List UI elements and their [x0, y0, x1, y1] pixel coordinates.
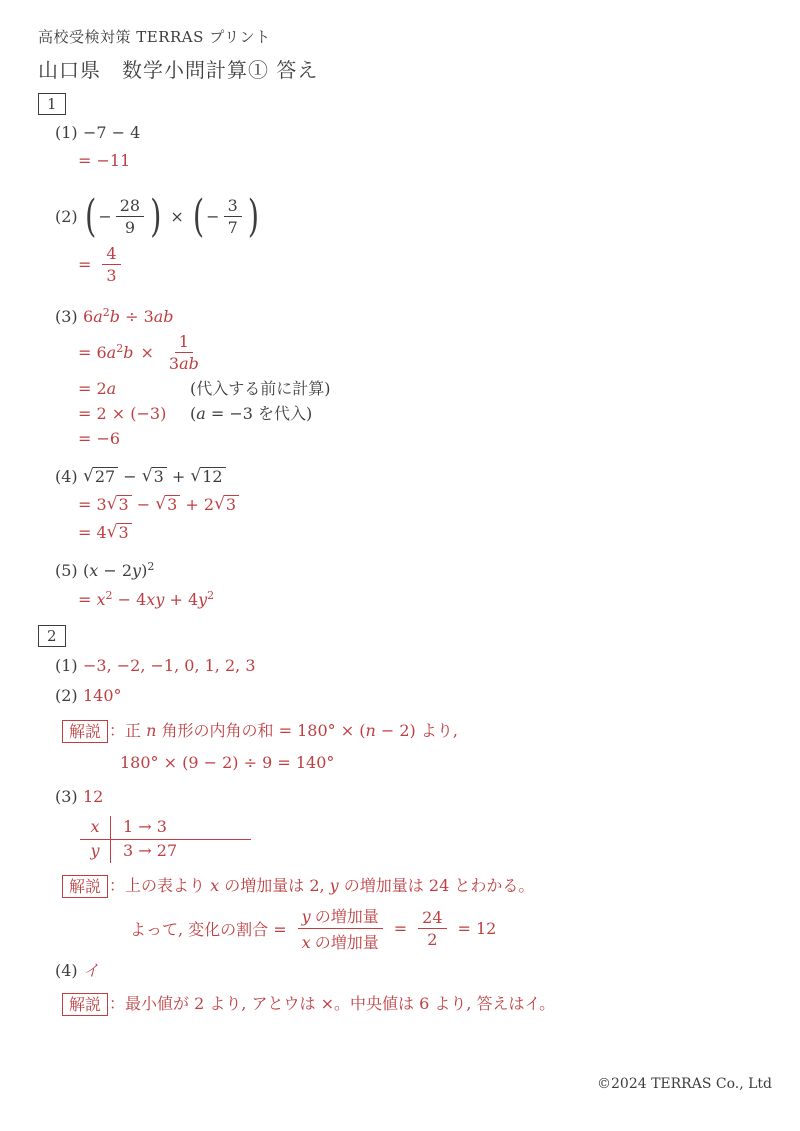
- worksheet-page: 高校受検対策 TERRAS プリント 山口県 数学小問計算① 答え 1 (1)−…: [0, 0, 800, 1131]
- row-values-y: 3 → 27: [110, 840, 251, 863]
- s1-q4-expression-line: (4)√27 − √3 + √12: [38, 466, 770, 488]
- equals-sign: =: [78, 255, 91, 274]
- fraction-3-7: 37: [224, 196, 242, 237]
- variable: ab: [154, 307, 174, 326]
- operator: −: [118, 467, 142, 486]
- table-row-y: y3 → 27: [80, 840, 770, 863]
- s1-q1-answer: = −11: [78, 151, 770, 172]
- fraction-increase: yの増加量xの増加量: [298, 904, 383, 953]
- variable: a: [93, 307, 103, 326]
- s1-q2-answer: = 43: [78, 242, 770, 288]
- s1-q4-step-1: = 3√3 − √3 + 2√3: [78, 494, 770, 516]
- s2-q2-line: (2)140°: [38, 686, 770, 707]
- variable: b: [110, 307, 120, 326]
- denominator: 2: [423, 929, 441, 949]
- denominator: 3: [102, 265, 120, 285]
- times-sign: ×: [140, 343, 153, 362]
- section-1: 1 (1)−7 − 4 = −11 (2) ( − 289 ) × ( − 37…: [38, 83, 770, 611]
- answer: イ: [83, 961, 99, 980]
- denominator: xの増加量: [298, 929, 383, 953]
- denominator: 3ab: [165, 353, 203, 373]
- q-label: (3): [55, 787, 83, 808]
- page-title: 山口県 数学小問計算① 答え: [38, 54, 770, 83]
- minus-sign: −: [206, 207, 219, 226]
- coefficient: 6: [83, 307, 93, 326]
- kaisetsu-text: ：正 n 角形の内角の和 = 180° × (n − 2) より,: [109, 720, 458, 742]
- row-header-y: y: [80, 840, 110, 863]
- answer: 140°: [83, 686, 122, 705]
- left-paren: (: [85, 195, 96, 239]
- s1-q3-step-2: = 2a(代入する前に計算): [78, 379, 770, 400]
- term: = 6a2b: [78, 342, 133, 362]
- numerator: 28: [116, 196, 144, 217]
- expression: 6a2b ÷ 3ab: [83, 307, 174, 326]
- q-label: (3): [55, 307, 83, 328]
- exponent: 2: [103, 306, 110, 319]
- sqrt-3: √3: [214, 495, 239, 514]
- annotation-note: (代入する前に計算): [190, 379, 331, 400]
- s1-q3-expression-line: (3)6a2b ÷ 3ab: [38, 306, 770, 328]
- fraction-4-3: 43: [102, 244, 120, 285]
- answer: −3, −2, −1, 0, 1, 2, 3: [83, 656, 256, 675]
- s1-q3-step-3: = 2 × (−3)(a = −3 を代入): [78, 404, 770, 425]
- numerator: 3: [224, 196, 242, 217]
- copyright-footer: ©2024 TERRAS Co., Ltd: [597, 1076, 772, 1092]
- right-paren: ): [150, 195, 161, 239]
- radical-sign: √: [83, 465, 94, 487]
- sqrt-3: √3: [155, 495, 180, 514]
- s2-q4-kaisetsu: 解説 ：最小値が 2 より, アとウは ×。中央値は 6 より, 答えはイ。: [62, 993, 770, 1016]
- numerator: 24: [418, 908, 446, 929]
- answer: 12: [83, 787, 103, 806]
- kaisetsu-box: 解説: [62, 720, 108, 743]
- row-values-x: 1 → 3: [110, 816, 251, 840]
- times-sign: ×: [170, 207, 183, 226]
- xy-increase-table: x1 → 3 y3 → 27: [80, 816, 770, 863]
- minus-sign: −: [98, 207, 111, 226]
- s2-q4-line: (4)イ: [38, 961, 770, 982]
- kaisetsu-box: 解説: [62, 993, 108, 1016]
- fraction-28-9: 289: [116, 196, 144, 237]
- section-2-number-box: 2: [38, 625, 66, 647]
- s1-q1-expression-line: (1)−7 − 4: [38, 123, 770, 144]
- q-label: (1): [55, 656, 83, 677]
- s1-q3-answer: = −6: [78, 429, 770, 450]
- kaisetsu-box: 解説: [62, 875, 108, 898]
- denominator: 9: [121, 217, 139, 237]
- sqrt-27: √27: [83, 467, 118, 486]
- result: = 12: [458, 919, 497, 938]
- numerator: 1: [175, 332, 193, 353]
- q-label: (4): [55, 961, 83, 982]
- table-row-x: x1 → 3: [80, 816, 770, 840]
- q-label: (1): [55, 123, 83, 144]
- section-1-number-box: 1: [38, 93, 66, 115]
- left-paren: (: [193, 195, 204, 239]
- kaisetsu-text: ：最小値が 2 より, アとウは ×。中央値は 6 より, 答えはイ。: [109, 993, 555, 1015]
- sqrt-3: √3: [107, 523, 132, 542]
- q-label: (2): [55, 207, 83, 226]
- s1-q5-answer: = x2 − 4xy + 4y2: [78, 589, 770, 611]
- fraction-1-3ab: 13ab: [165, 332, 203, 373]
- numerator: 4: [102, 244, 120, 265]
- s2-q2-kaisetsu: 解説 ：正 n 角形の内角の和 = 180° × (n − 2) より,: [62, 720, 770, 743]
- s2-q1-line: (1)−3, −2, −1, 0, 1, 2, 3: [38, 656, 770, 677]
- fraction-24-2: 242: [418, 908, 446, 949]
- s1-q3-step-1: = 6a2b × 13ab: [78, 329, 770, 375]
- q-label: (4): [55, 467, 83, 488]
- right-paren: ): [248, 195, 259, 239]
- s1-q5-expression-line: (5)(x − 2y)2: [38, 560, 770, 582]
- row-header-x: x: [80, 816, 110, 840]
- s1-q4-answer: = 4√3: [78, 522, 770, 544]
- operator: ÷ 3: [120, 307, 154, 326]
- equals-sign: =: [394, 919, 407, 938]
- expression: (x − 2y)2: [83, 561, 154, 580]
- s2-q2-kaisetsu-line2: 180° × (9 − 2) ÷ 9 = 140°: [120, 753, 770, 774]
- term: = 2 × (−3): [78, 404, 166, 423]
- annotation-note: (a = −3 を代入): [190, 404, 312, 425]
- s2-q3-kaisetsu-line2: よって, 変化の割合 = yの増加量xの増加量 = 242 = 12: [130, 904, 770, 953]
- q-label: (2): [55, 686, 83, 707]
- term: = 2a: [78, 379, 116, 398]
- q-label: (5): [55, 561, 83, 582]
- operator: +: [167, 467, 191, 486]
- expression: −7 − 4: [83, 123, 140, 142]
- sqrt-3: √3: [107, 495, 132, 514]
- s2-q3-kaisetsu: 解説 ：上の表より x の増加量は 2, y の増加量は 24 とわかる。: [62, 875, 770, 898]
- numerator: yの増加量: [298, 904, 383, 929]
- kaisetsu-text: ：上の表より x の増加量は 2, y の増加量は 24 とわかる。: [109, 875, 534, 897]
- denominator: 7: [224, 217, 242, 237]
- s1-q2-expression-line: (2) ( − 289 ) × ( − 37 ): [38, 194, 770, 240]
- kaisetsu-text: よって, 変化の割合 =: [130, 917, 287, 940]
- section-2: 2 (1)−3, −2, −1, 0, 1, 2, 3 (2)140° 解説 ：…: [38, 611, 770, 1016]
- sqrt-12: √12: [190, 467, 225, 486]
- s2-q3-line: (3)12: [38, 787, 770, 808]
- sqrt-3: √3: [142, 467, 167, 486]
- doc-header: 高校受検対策 TERRAS プリント: [38, 26, 770, 47]
